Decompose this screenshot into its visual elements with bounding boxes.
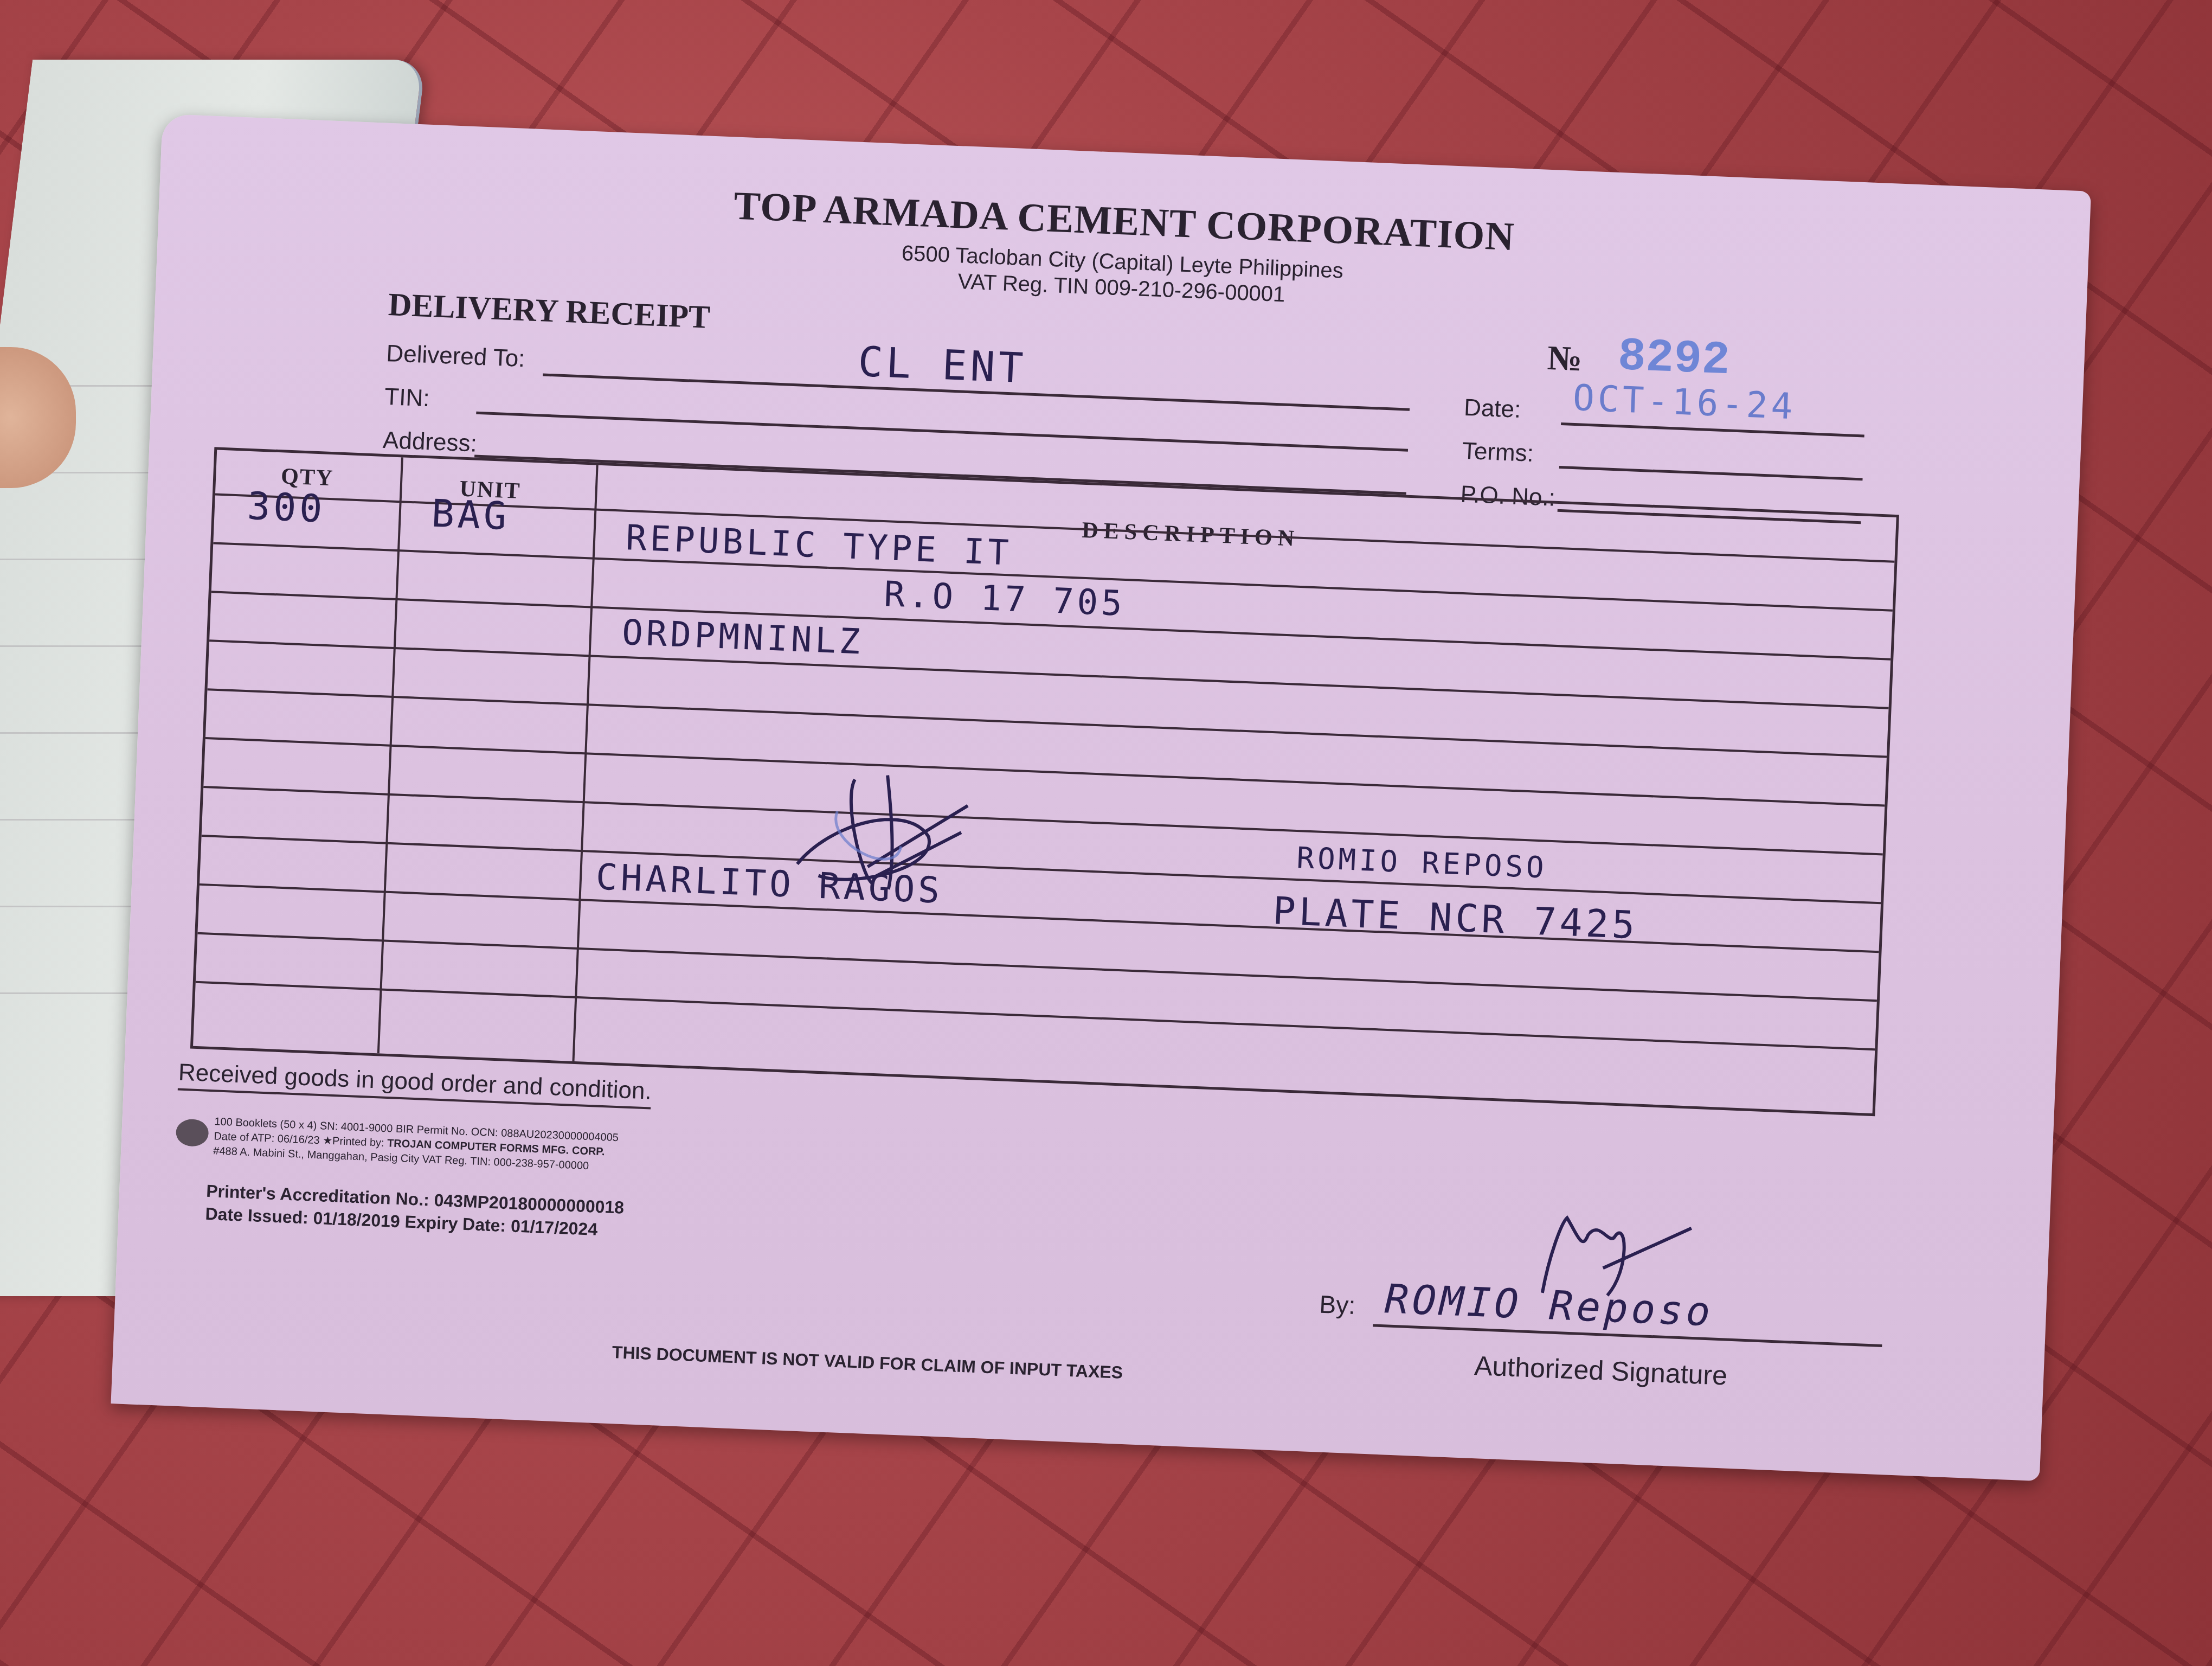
row-2-description: R.O 17 705 <box>883 574 1126 624</box>
document-title: DELIVERY RECEIPT <box>388 286 711 336</box>
tax-disclaimer: THIS DOCUMENT IS NOT VALID FOR CLAIM OF … <box>612 1342 1123 1383</box>
date-line[interactable] <box>1561 422 1864 437</box>
terms-line[interactable] <box>1559 466 1863 480</box>
by-label: By: <box>1319 1289 1356 1320</box>
date-value: OCT-16-24 <box>1572 377 1797 427</box>
tin-label: TIN: <box>384 383 430 412</box>
items-table: QTY UNIT DESCRIPTION 300 BAG REPUBLIC TY… <box>190 447 1899 1116</box>
plate-number: PLATE NCR 7425 <box>1272 888 1639 947</box>
col-divider <box>377 457 403 1053</box>
received-statement: Received goods in good order and conditi… <box>178 1059 652 1110</box>
row-1-description: REPUBLIC TYPE IT <box>625 518 1013 574</box>
delivery-receipt-sheet: TOP ARMADA CEMENT CORPORATION 6500 Taclo… <box>111 114 2091 1481</box>
row-1-qty: 300 <box>246 484 326 531</box>
printer-seal-icon <box>176 1119 209 1147</box>
row-3-description: ORDPMNINLZ <box>621 613 864 663</box>
printer-fineprint: 100 Booklets (50 x 4) SN: 4001-9000 BIR … <box>213 1114 865 1184</box>
row-1-unit: BAG <box>430 491 511 539</box>
date-label: Date: <box>1463 394 1521 424</box>
driver-name: ROMIO REPOSO <box>1296 841 1547 885</box>
address-label: Address: <box>382 427 478 458</box>
authorized-signature-label: Authorized Signature <box>1474 1350 1728 1392</box>
delivered-to-label: Delivered To: <box>386 340 526 373</box>
accreditation-block: Printer's Accreditation No.: 043MP201800… <box>205 1180 625 1242</box>
delivered-to-value: CL ENT <box>857 337 1027 392</box>
terms-label: Terms: <box>1462 438 1534 467</box>
col-divider <box>573 465 599 1061</box>
tin-line[interactable] <box>476 412 1408 452</box>
number-label: № <box>1547 338 1583 380</box>
